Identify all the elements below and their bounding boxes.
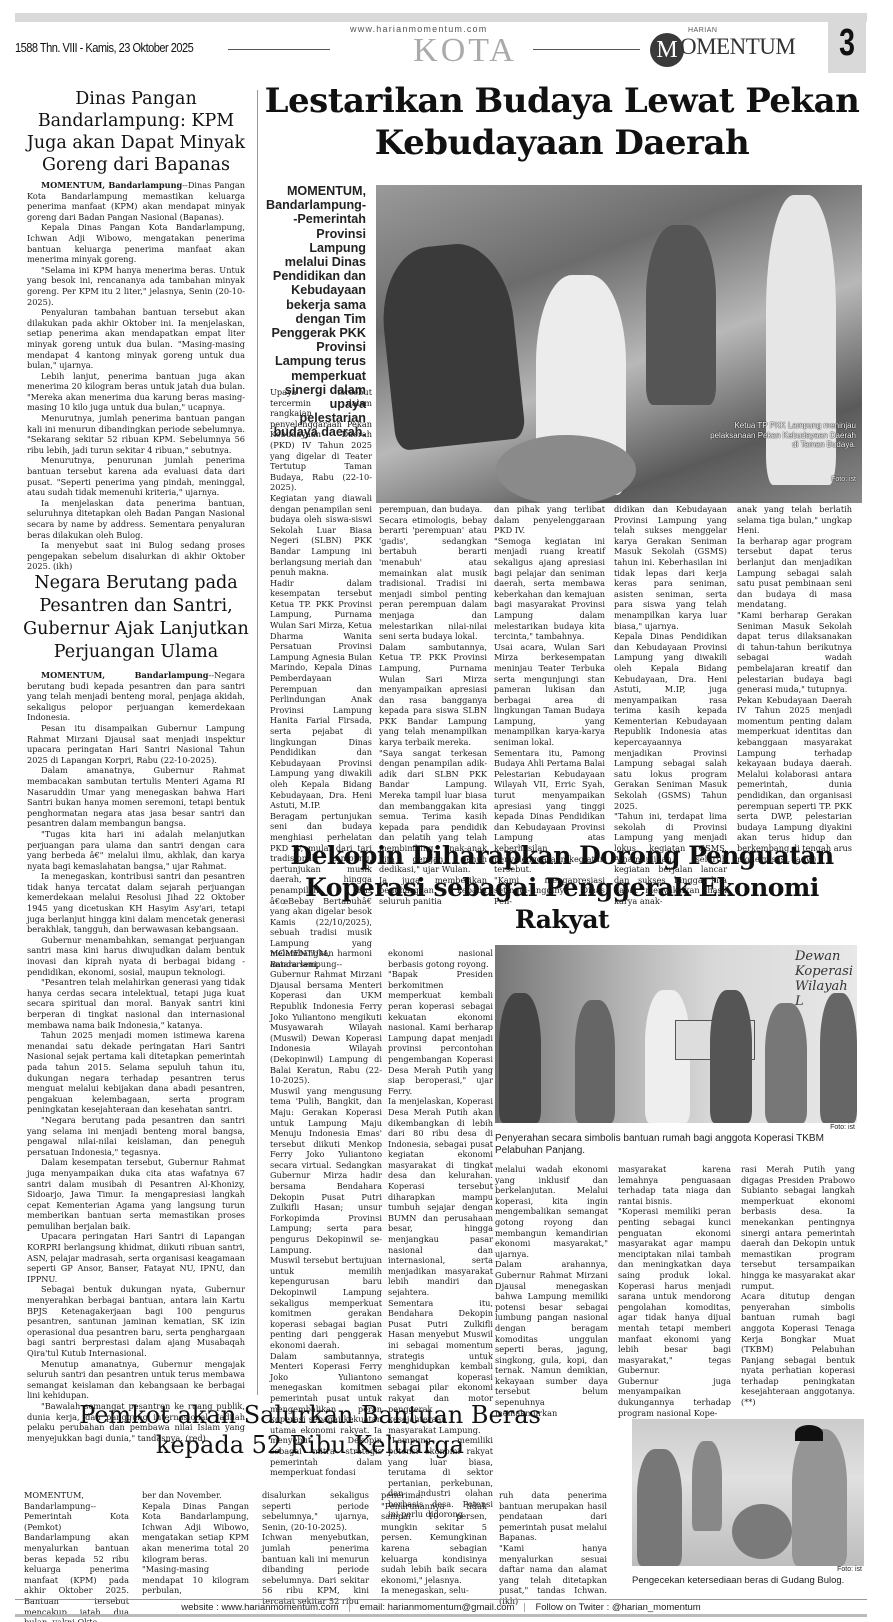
person-shape <box>692 1441 722 1531</box>
article-dekopin-col4: masyarakat karena lemahnya penguasaan te… <box>618 1164 731 1418</box>
footer-separator <box>349 1603 350 1612</box>
dateline: MOMENTUM, Bandarlampung <box>41 180 182 190</box>
footer-email[interactable]: email: harianmomentum@gmail.com <box>360 1602 515 1613</box>
headline-beras: Pemkot akan Salurkan Bantuan Beras kepad… <box>15 1400 605 1460</box>
article-beras-col5: ruh data penerima bantuan merupakan hasi… <box>499 1490 607 1607</box>
person-shape <box>765 1003 807 1123</box>
headline-minyak: Dinas Pangan Bandarlampung: KPM Juga aka… <box>22 88 250 176</box>
article-beras-col3: disalurkan sekaligus seperti periode seb… <box>262 1490 369 1607</box>
photo-credit: Foto: ist <box>780 1124 855 1131</box>
footer-separator <box>524 1603 525 1612</box>
person-shape <box>820 993 857 1123</box>
header-rule-left <box>228 49 330 50</box>
photo-credit: Foto: ist <box>790 1566 862 1573</box>
dateline: MOMENTUM, Bandarlampung <box>41 670 209 680</box>
person-shape <box>637 1449 682 1566</box>
section-title: KOTA <box>400 32 530 70</box>
person-shape <box>732 1504 792 1559</box>
headline-dekopin: Dekopin Diharapkan Dorong Penguatan Kope… <box>262 840 862 936</box>
header-rule-right <box>533 49 640 50</box>
header-bar <box>15 13 867 22</box>
photo-credit: Foto: ist <box>796 475 856 485</box>
article-budaya-col5: anak yang telah berlatih selama tiga bul… <box>737 504 852 864</box>
article-minyak-body: MOMENTUM, Bandarlampung--Dinas Pangan Ko… <box>27 180 245 572</box>
article-dekopin-col5: rasi Merah Putih yang digagas Presiden P… <box>741 1164 855 1408</box>
logo-icon: M <box>650 33 684 67</box>
article-beras-col4: penerima. "Penurunannya tidak sampai 10 … <box>381 1490 487 1596</box>
logo-harian: HARIAN <box>688 27 717 34</box>
article-dekopin-col3: melalui wadah ekonomi yang inklusif dan … <box>495 1164 608 1418</box>
photo-dekopin: Dewan Koperasi Wilayah L <box>495 945 857 1123</box>
painting-shape <box>376 239 526 451</box>
person-shape <box>792 1429 847 1566</box>
person-shape <box>575 1000 615 1123</box>
headline-budaya: Lestarikan Budaya Lewat Pekan Kebudayaan… <box>262 80 862 164</box>
photo-caption: Penyerahan secara simbolis bantuan rumah… <box>495 1133 857 1157</box>
article-santri-body: MOMENTUM, Bandarlampung--Negara berutang… <box>27 670 245 1443</box>
person-shape <box>710 990 752 1123</box>
issue-date: 1588 Thn. VIII - Kamis, 23 Oktober 2025 <box>15 40 193 55</box>
footer-rule-top <box>15 1599 867 1600</box>
footer-twitter[interactable]: Follow on Twiter : @harian_momentum <box>535 1602 700 1613</box>
person-shape <box>646 225 716 405</box>
cap-shape <box>795 1425 823 1441</box>
footer: website : www.harianmomentum.comemail: h… <box>15 1602 867 1613</box>
logo-name: OMENTUM <box>680 34 795 60</box>
footer-rule-bottom <box>15 1614 867 1617</box>
photo-caption: Pengecekan ketersediaan beras di Gudang … <box>632 1575 864 1587</box>
headline-santri: Negara Berutang pada Pesantren dan Santr… <box>22 572 250 664</box>
person-shape <box>496 435 636 503</box>
photo-caption: Ketua TP PKK Lampung meninjau pelaksanaa… <box>706 421 856 450</box>
person-shape <box>499 993 541 1123</box>
footer-website[interactable]: website : www.harianmomentum.com <box>181 1602 338 1613</box>
column-rule <box>257 90 258 1395</box>
article-beras-col2: ber dan November. Kepala Dinas Pangan Ko… <box>142 1490 249 1596</box>
photo-budaya: Ketua TP PKK Lampung meninjau pelaksanaa… <box>376 185 862 503</box>
article-dekopin-col1: MOMENTUM, Bandarlampung--Gubernur Rahmat… <box>270 948 382 1478</box>
photo-beras <box>632 1419 864 1566</box>
page-number: 3 <box>833 22 862 65</box>
